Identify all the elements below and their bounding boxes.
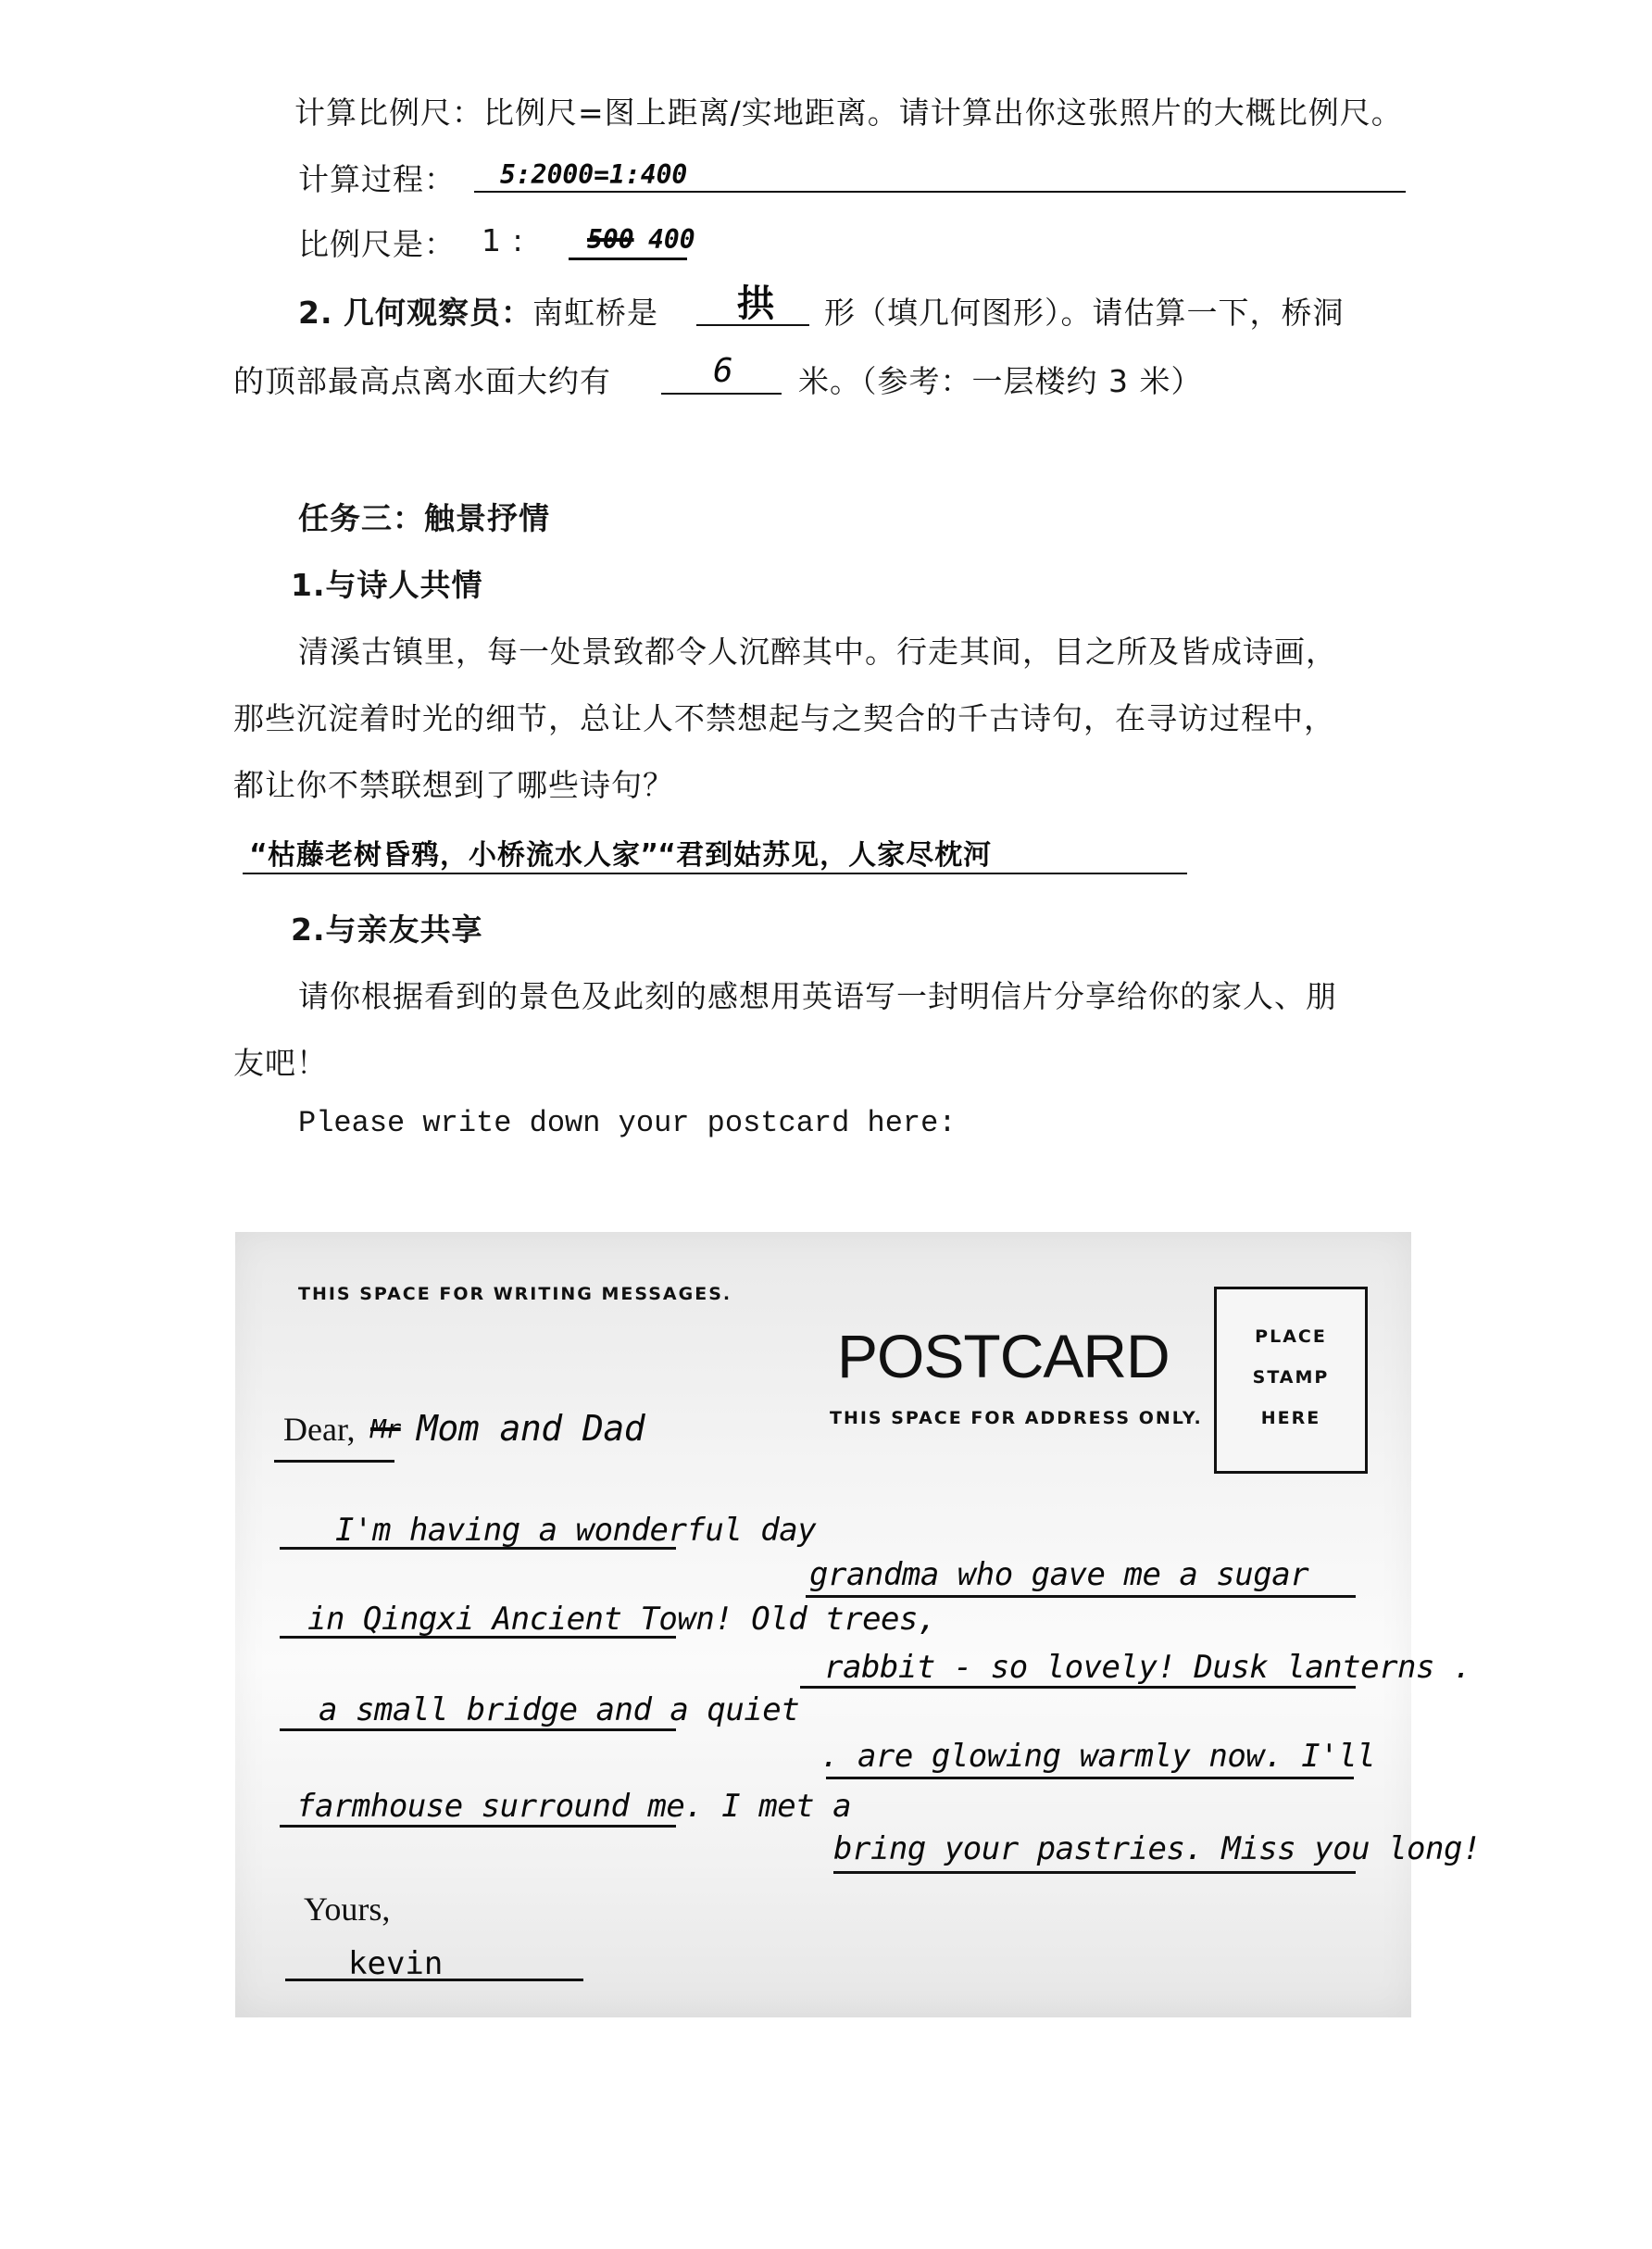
process-answer[interactable]: 5:2000=1:400 xyxy=(500,159,687,190)
geometry-text-b: 形（填几何图形）。请估算一下，桥洞 xyxy=(824,289,1345,333)
geometry-title: 几何观察员： xyxy=(344,295,532,331)
geometry-text-a: 南虹桥是 xyxy=(532,295,658,331)
poem-answer[interactable]: “枯藤老树昏鸦，小桥流水人家”“君到姑苏见，人家尽枕河 xyxy=(250,832,992,873)
shape-answer-line xyxy=(696,324,809,326)
postcard: THIS SPACE FOR WRITING MESSAGES. POSTCAR… xyxy=(235,1232,1411,2017)
message-line[interactable]: a small bridge and a quiet xyxy=(319,1691,799,1728)
message-space-label: THIS SPACE FOR WRITING MESSAGES. xyxy=(298,1284,732,1304)
sub1-paragraph-line: 那些沉淀着时光的细节，总让人不禁想起与之契合的千古诗句，在寻访过程中， xyxy=(233,695,1335,738)
salutation-crossed-out: Mr xyxy=(370,1413,401,1444)
scale-label: 比例尺是： xyxy=(298,220,456,264)
sub2-title: 2.与亲友共享 xyxy=(291,906,483,949)
message-line[interactable]: farmhouse surround me. I met a xyxy=(296,1788,851,1825)
scale-crossed-out: 500 xyxy=(587,224,634,255)
message-underline xyxy=(280,1825,676,1828)
message-line[interactable]: in Qingxi Ancient Town! Old trees, xyxy=(307,1601,936,1638)
salutation: Dear, xyxy=(283,1410,356,1449)
shape-answer[interactable]: 拱 xyxy=(737,274,774,327)
address-space-label: THIS SPACE FOR ADDRESS ONLY. xyxy=(830,1408,1203,1428)
geometry-text-c: 的顶部最高点离水面大约有 xyxy=(233,358,611,401)
poem-answer-line xyxy=(243,873,1187,874)
message-underline xyxy=(833,1871,1356,1874)
message-underline xyxy=(806,1595,1356,1598)
salutation-line xyxy=(274,1460,394,1463)
recipient[interactable]: Mom and Dad xyxy=(417,1408,645,1449)
message-underline xyxy=(280,1547,676,1550)
scale-prefix: 1 : xyxy=(482,222,524,258)
geometry-text-d: 米。（参考：一层楼约 3 米） xyxy=(798,358,1202,401)
scale-instruction: 计算比例尺：比例尺=图上距离/实地距离。请计算出你这张照片的大概比例尺。 xyxy=(294,89,1403,132)
message-line[interactable]: bring your pastries. Miss you long! xyxy=(833,1830,1481,1867)
sub2-paragraph-line: 友吧！ xyxy=(233,1039,328,1083)
process-label: 计算过程： xyxy=(298,156,456,199)
geometry-question-line1: 2. 几何观察员：南虹桥是 xyxy=(298,289,658,333)
postcard-prompt: Please write down your postcard here: xyxy=(298,1106,957,1140)
height-answer[interactable]: 6 xyxy=(713,352,733,390)
sub1-paragraph-line: 都让你不禁联想到了哪些诗句？ xyxy=(233,761,674,805)
task3-heading: 任务三：触景抒情 xyxy=(298,495,550,538)
postcard-title: POSTCARD xyxy=(837,1321,1170,1391)
message-line[interactable]: rabbit - so lovely! Dusk lanterns . xyxy=(824,1649,1471,1686)
sub1-title: 1.与诗人共情 xyxy=(291,561,483,605)
stamp-box: PLACE STAMP HERE xyxy=(1214,1287,1368,1474)
signature[interactable]: kevin xyxy=(348,1945,443,1982)
height-answer-line xyxy=(661,393,782,395)
message-underline xyxy=(280,1636,676,1639)
stamp-text: PLACE xyxy=(1217,1326,1365,1347)
sub1-paragraph-line: 清溪古镇里，每一处景致都令人沉醉其中。行走其间，目之所及皆成诗画， xyxy=(298,628,1337,672)
scale-answer-line xyxy=(569,258,687,260)
scale-answer[interactable]: 400 xyxy=(648,224,695,255)
message-underline xyxy=(280,1728,676,1731)
geometry-number: 2. xyxy=(298,295,333,331)
stamp-text: HERE xyxy=(1217,1408,1365,1428)
process-answer-line xyxy=(474,191,1406,193)
stamp-text: STAMP xyxy=(1217,1367,1365,1388)
signature-line xyxy=(285,1979,583,1981)
closing: Yours, xyxy=(304,1890,390,1929)
message-underline xyxy=(826,1777,1354,1779)
message-line[interactable]: . are glowing warmly now. I'll xyxy=(820,1738,1375,1775)
message-line[interactable]: I'm having a wonderful day xyxy=(335,1512,816,1549)
message-underline xyxy=(800,1686,1356,1689)
message-line[interactable]: grandma who gave me a sugar xyxy=(809,1556,1308,1593)
sub2-paragraph-line: 请你根据看到的景色及此刻的感想用英语写一封明信片分享给你的家人、朋 xyxy=(298,973,1337,1016)
